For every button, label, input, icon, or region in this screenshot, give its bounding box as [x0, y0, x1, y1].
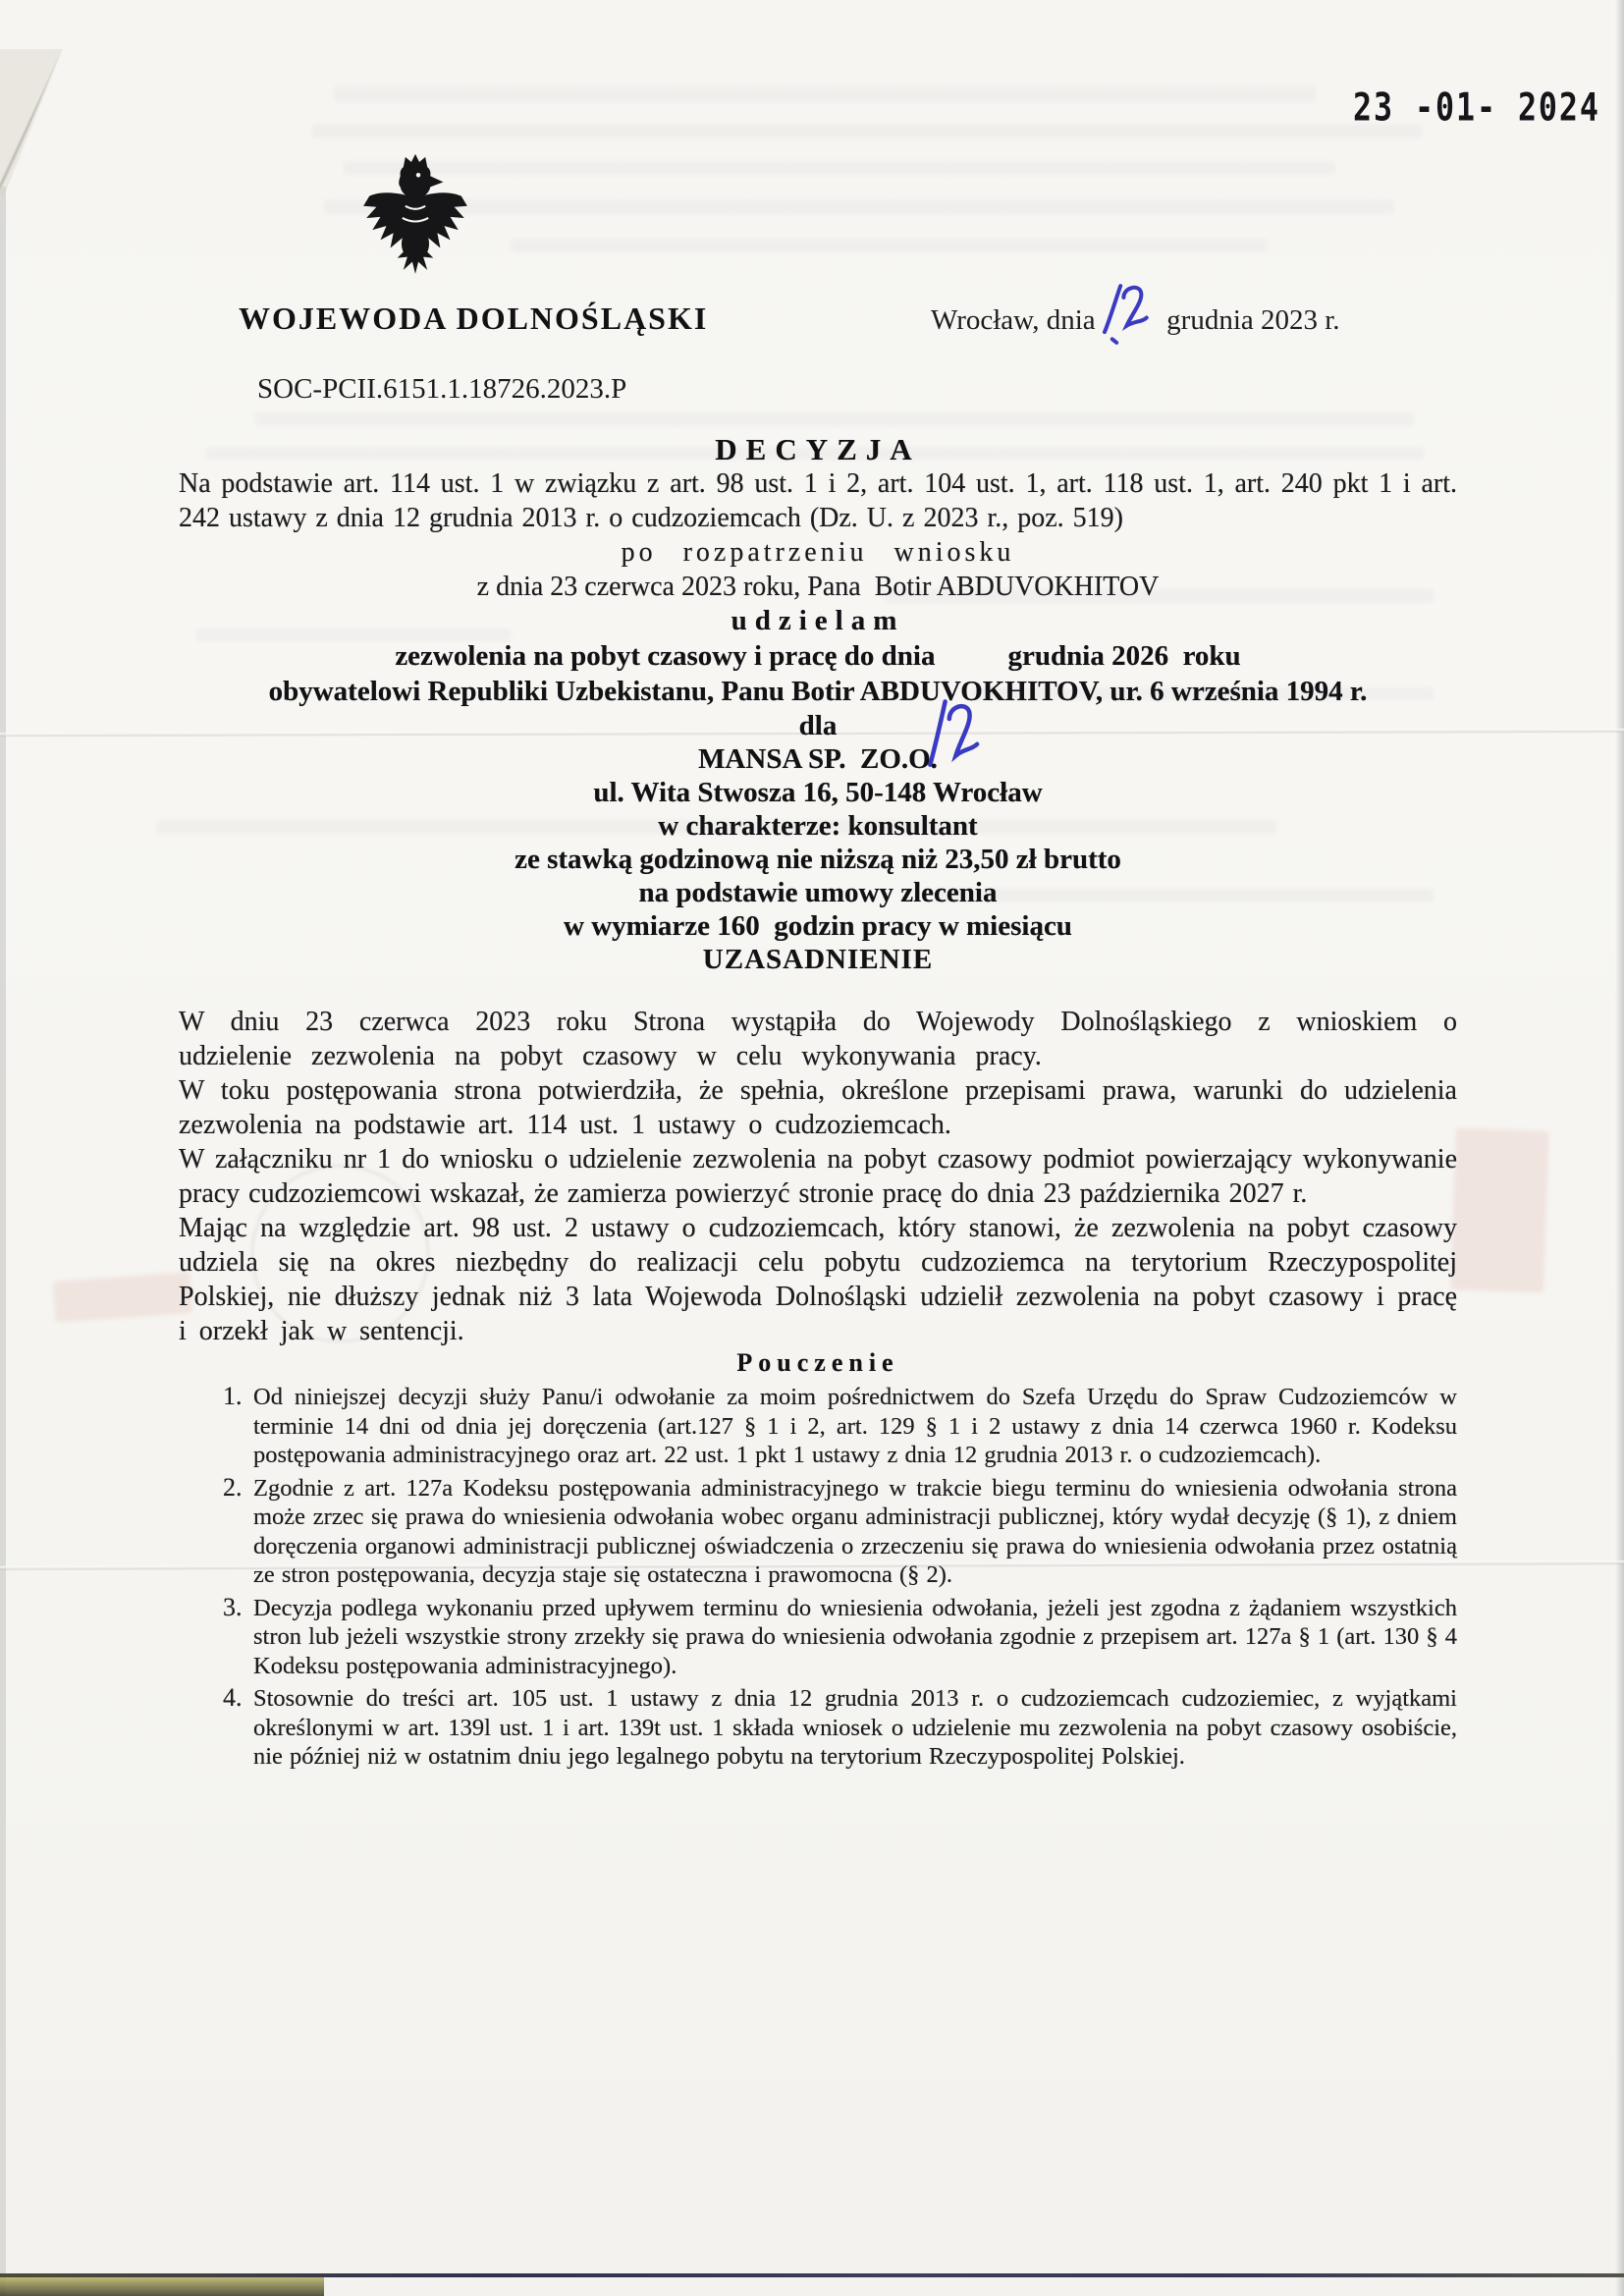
case-number: SOC-PCII.6151.1.18726.2023.P: [257, 373, 626, 406]
justification-heading: UZASADNIENIE: [179, 943, 1457, 977]
bleedthrough-artifact: [511, 239, 1267, 252]
justification-paragraph: W dniu 23 czerwca 2023 roku Strona wystą…: [179, 1005, 1457, 1073]
decision-title: DECYZJA: [179, 432, 1457, 466]
after-review-line: po rozpatrzeniu wniosku: [179, 535, 1457, 570]
wage-line: ze stawką godzinową nie niższą niż 23,50…: [179, 843, 1457, 876]
grant-line-post: grudnia 2026 roku: [1008, 640, 1241, 672]
grant-line-pre: zezwolenia na pobyt czasowy i pracę do d…: [395, 640, 935, 672]
bleedthrough-artifact: [255, 412, 1414, 426]
employer-name: MANSA SP. ZO.O.: [179, 742, 1457, 776]
justification-paragraph: W toku postępowania strona potwierdziła,…: [179, 1073, 1457, 1142]
bleedthrough-artifact: [324, 199, 1394, 214]
scanned-decision-document: 23 -01- 2024 WOJEWODA DOLNOŚLĄSKI SOC-PC…: [0, 0, 1624, 2296]
place-date-suffix: grudnia 2023 r.: [1160, 304, 1340, 336]
handwritten-day-ink: [1096, 281, 1151, 349]
work-role-line: w charakterze: konsultant: [179, 809, 1457, 843]
folded-corner-edge: [0, 51, 61, 196]
bleedthrough-artifact: [1450, 1127, 1549, 1292]
bleedthrough-artifact: [312, 124, 1422, 138]
instruction-item: Od niniejszej decyzji służy Panu/i odwoł…: [249, 1382, 1457, 1470]
contract-type-line: na podstawie umowy zlecenia: [179, 876, 1457, 909]
work-hours-line: w wymiarze 160 godzin pracy w miesiącu: [179, 909, 1457, 943]
date-received-stamp: 23 -01- 2024: [1353, 84, 1600, 130]
place-date-prefix: Wrocław, dnia: [931, 304, 1103, 336]
scanner-edge-left: [0, 187, 6, 2296]
authority-name: WOJEWODA DOLNOŚLĄSKI: [239, 301, 708, 337]
polish-eagle-emblem-icon: [355, 153, 475, 289]
justification-paragraph: Mając na względzie art. 98 ust. 2 ustawy…: [179, 1211, 1457, 1348]
instruction-item: Zgodnie z art. 127a Kodeksu postępowania…: [249, 1473, 1457, 1590]
scanner-edge-right: [1615, 0, 1624, 2296]
bleedthrough-artifact: [344, 161, 1335, 175]
bleedthrough-artifact: [53, 1272, 193, 1323]
application-date-line: z dnia 23 czerwca 2023 roku, Pana Botir …: [179, 570, 1457, 604]
grant-verb: udzielam: [179, 604, 1457, 638]
legal-basis-paragraph: Na podstawie art. 114 ust. 1 w związku z…: [179, 466, 1457, 535]
employer-for-label: dla: [179, 709, 1457, 742]
document-body: DECYZJA Na podstawie art. 114 ust. 1 w z…: [179, 432, 1457, 1775]
instruction-item: Decyzja podlega wykonaniu przed upływem …: [249, 1593, 1457, 1681]
instruction-list: Od niniejszej decyzji służy Panu/i odwoł…: [179, 1382, 1457, 1772]
grant-period-line: zezwolenia na pobyt czasowy i pracę do d…: [179, 638, 1457, 674]
bleedthrough-artifact: [334, 86, 1316, 102]
instruction-heading: Pouczenie: [179, 1348, 1457, 1378]
beneficiary-line: obywatelowi Republiki Uzbekistanu, Panu …: [179, 674, 1457, 709]
instruction-item: Stosownie do treści art. 105 ust. 1 usta…: [249, 1683, 1457, 1772]
employer-address: ul. Wita Stwosza 16, 50-148 Wrocław: [179, 776, 1457, 809]
page-bottom-underlay: [0, 2277, 324, 2296]
justification-paragraph: W załączniku nr 1 do wniosku o udzieleni…: [179, 1142, 1457, 1211]
